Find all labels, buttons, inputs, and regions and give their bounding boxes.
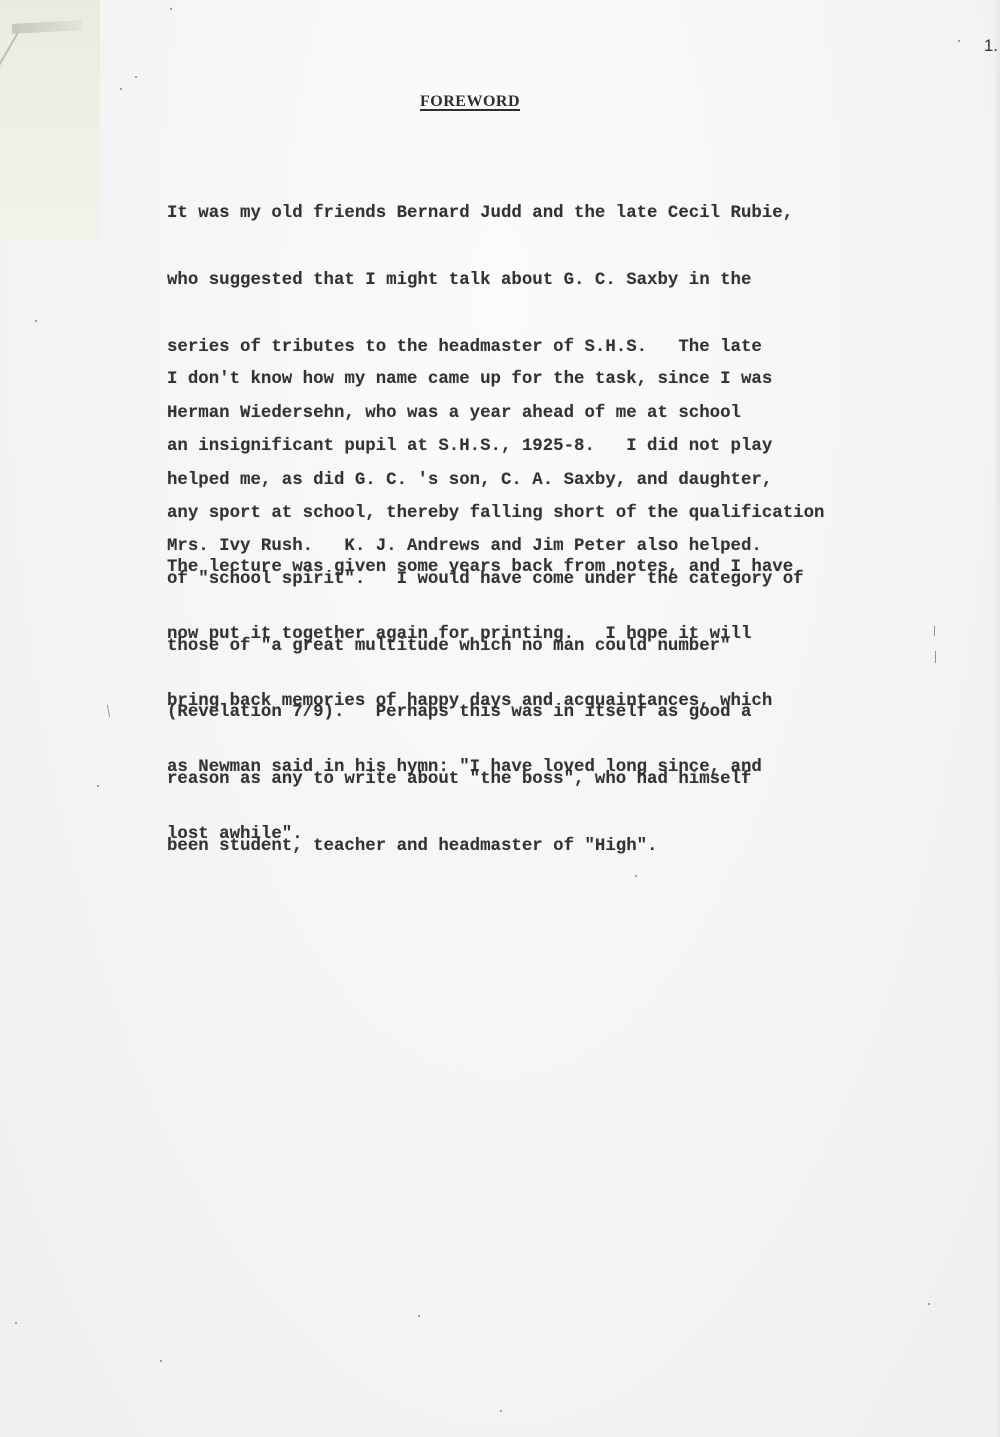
pen-mark (107, 705, 110, 717)
paragraph-3: The lecture was given some years back fr… (167, 513, 793, 890)
tape-crease (0, 33, 18, 77)
scan-speck (170, 8, 172, 10)
tape-strip (0, 0, 100, 240)
scan-speck (928, 1303, 930, 1305)
scan-speck (418, 1315, 420, 1317)
pen-mark (935, 651, 936, 663)
scan-speck (958, 40, 960, 42)
page-number: 1. (984, 36, 998, 56)
text-line: who suggested that I might talk about G.… (167, 270, 793, 292)
page-edge (994, 0, 1000, 1437)
scan-speck (35, 320, 37, 322)
text-line: an insignificant pupil at S.H.S., 1925-8… (167, 436, 824, 458)
scan-speck (635, 875, 637, 877)
scan-speck (160, 1360, 162, 1362)
text-line: bring back memories of happy days and ac… (167, 691, 793, 713)
text-line: as Newman said in his hymn: "I have love… (167, 757, 793, 779)
scan-speck (500, 1410, 502, 1412)
tape-smudge (12, 20, 82, 34)
scanned-page: 1. FOREWORD It was my old friends Bernar… (0, 0, 1000, 1437)
text-line: now put it together again for printing. … (167, 624, 793, 646)
text-line: I don't know how my name came up for the… (167, 369, 824, 391)
pen-mark (934, 626, 935, 636)
page-title: FOREWORD (420, 93, 520, 111)
scan-speck (15, 1322, 17, 1324)
text-line: lost awhile". (167, 824, 793, 846)
text-line: The lecture was given some years back fr… (167, 557, 793, 579)
scan-speck (135, 76, 137, 78)
text-line: It was my old friends Bernard Judd and t… (167, 203, 793, 225)
scan-speck (97, 785, 99, 787)
scan-speck (120, 88, 122, 90)
